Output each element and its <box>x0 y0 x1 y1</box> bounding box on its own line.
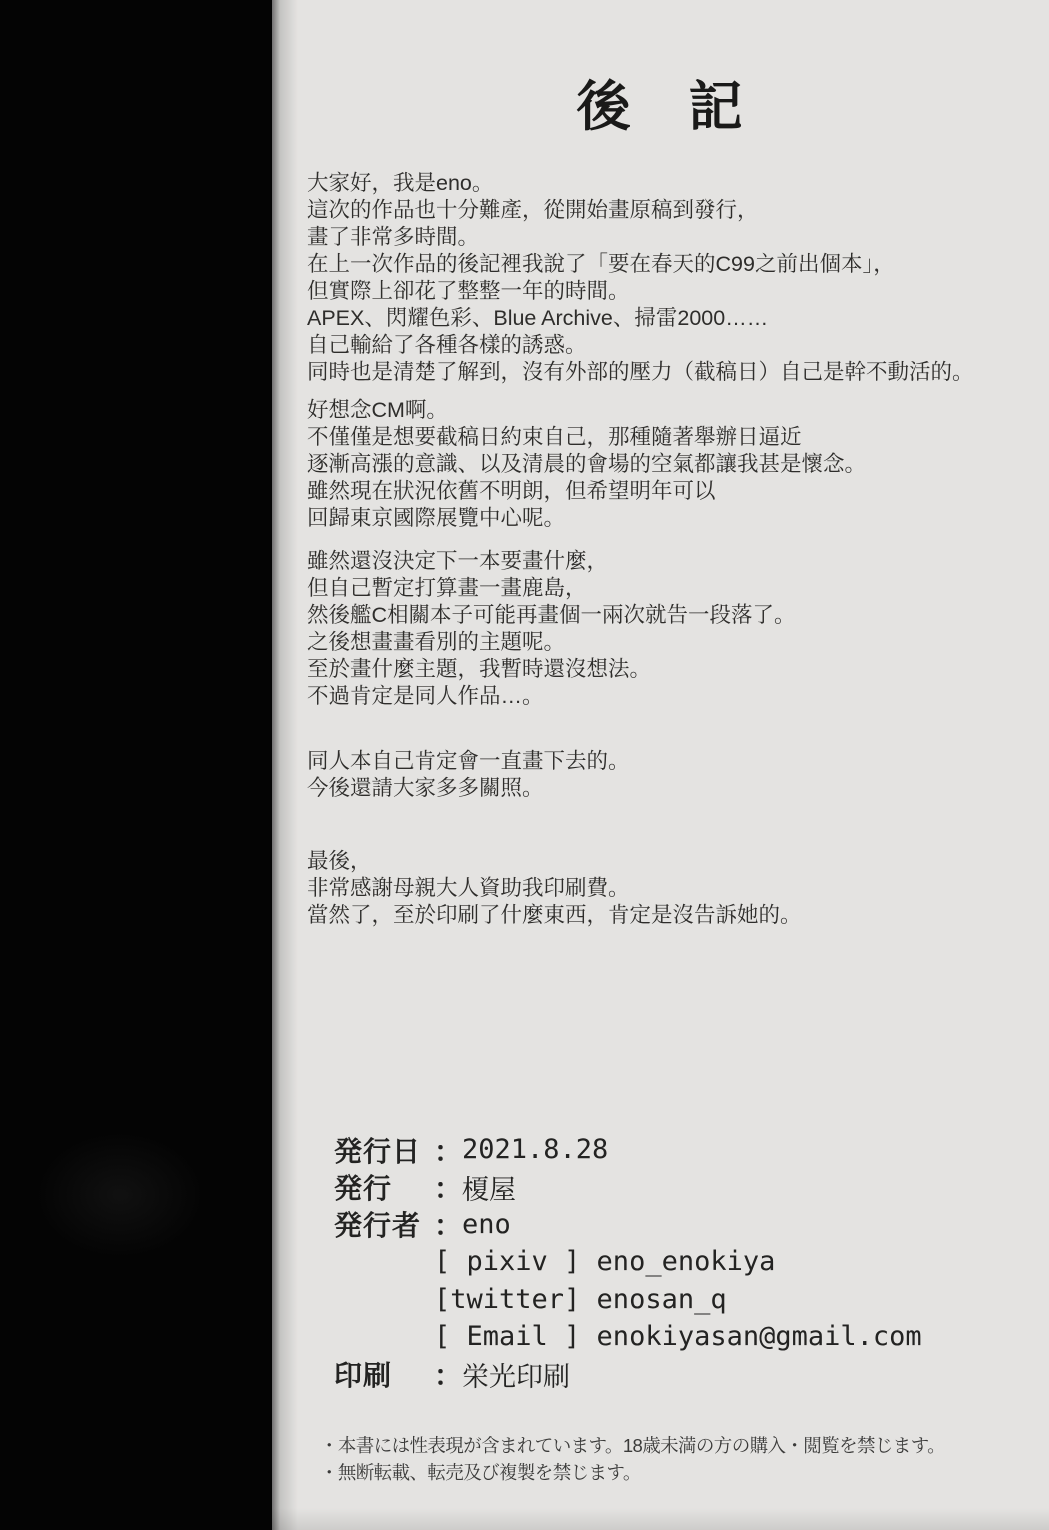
colophon-row-pixiv: [ pixiv ] eno_enokiya <box>334 1243 1039 1280</box>
body-paragraph-5: 最後， 非常感謝母親大人資助我印刷費。 當然了，至於印刷了什麼東西，肯定是沒告訴… <box>307 848 1029 929</box>
book-spine-black-edge <box>0 0 272 1530</box>
colophon-row-printer: 印刷：栄光印刷 <box>334 1355 1039 1392</box>
colophon-value: 栄光印刷 <box>462 1355 570 1394</box>
afterword-page: 後 記 大家好，我是eno。 這次的作品也十分難產，從開始畫原稿到發行， 畫了非… <box>272 0 1049 1530</box>
colophon-value: 2021.8.28 <box>462 1134 608 1165</box>
colophon-row-email: [ Email ] enokiyasan@gmail.com <box>334 1318 1039 1355</box>
colophon-separator: ： <box>434 1354 462 1394</box>
colophon-value: eno <box>462 1209 511 1240</box>
colophon-label: 発行者 <box>334 1204 434 1244</box>
body-paragraph-4: 同人本自己肯定會一直畫下去的。 今後還請大家多多關照。 <box>307 748 1029 802</box>
colophon-value: [twitter] enosan_q <box>434 1284 727 1315</box>
page-title: 後 記 <box>272 64 1049 141</box>
notice-line-adult-warning: ・本書には性表現が含まれています。18歳未満の方の購入・閲覧を禁じます。 <box>320 1432 1041 1459</box>
colophon-separator: ： <box>434 1130 462 1170</box>
colophon-separator: ： <box>434 1167 462 1207</box>
colophon-value: 榎屋 <box>462 1168 516 1207</box>
colophon-label: 発行日 <box>334 1130 434 1170</box>
colophon-label: 発行 <box>334 1167 434 1207</box>
colophon-row-twitter: [twitter] enosan_q <box>334 1281 1039 1318</box>
colophon-row-publish-date: 発行日：2021.8.28 <box>334 1131 1039 1168</box>
colophon-value: [ Email ] enokiyasan@gmail.com <box>434 1321 922 1352</box>
colophon-row-author: 発行者：eno <box>334 1206 1039 1243</box>
body-paragraph-1: 大家好，我是eno。 這次的作品也十分難產，從開始畫原稿到發行， 畫了非常多時間… <box>307 170 1029 386</box>
colophon-row-publisher: 発行：榎屋 <box>334 1168 1039 1205</box>
colophon: 発行日：2021.8.28 発行：榎屋 発行者：eno [ pixiv ] en… <box>334 1131 1039 1393</box>
notice-line-no-reproduction: ・無断転載、転売及び複製を禁じます。 <box>320 1459 1041 1486</box>
colophon-separator: ： <box>434 1204 462 1244</box>
body-paragraph-2: 好想念CM啊。 不僅僅是想要截稿日約束自己，那種隨著舉辦日逼近 逐漸高漲的意識、… <box>307 397 1029 532</box>
body-paragraph-3: 雖然還沒決定下一本要畫什麼， 但自己暫定打算畫一畫鹿島， 然後艦C相關本子可能再… <box>307 548 1029 710</box>
legal-notices: ・本書には性表現が含まれています。18歳未満の方の購入・閲覧を禁じます。 ・無断… <box>320 1432 1041 1486</box>
colophon-value: [ pixiv ] eno_enokiya <box>434 1246 775 1277</box>
scanned-afterword-page: 後 記 大家好，我是eno。 這次的作品也十分難產，從開始畫原稿到發行， 畫了非… <box>0 0 1049 1530</box>
colophon-label: 印刷 <box>334 1354 434 1394</box>
